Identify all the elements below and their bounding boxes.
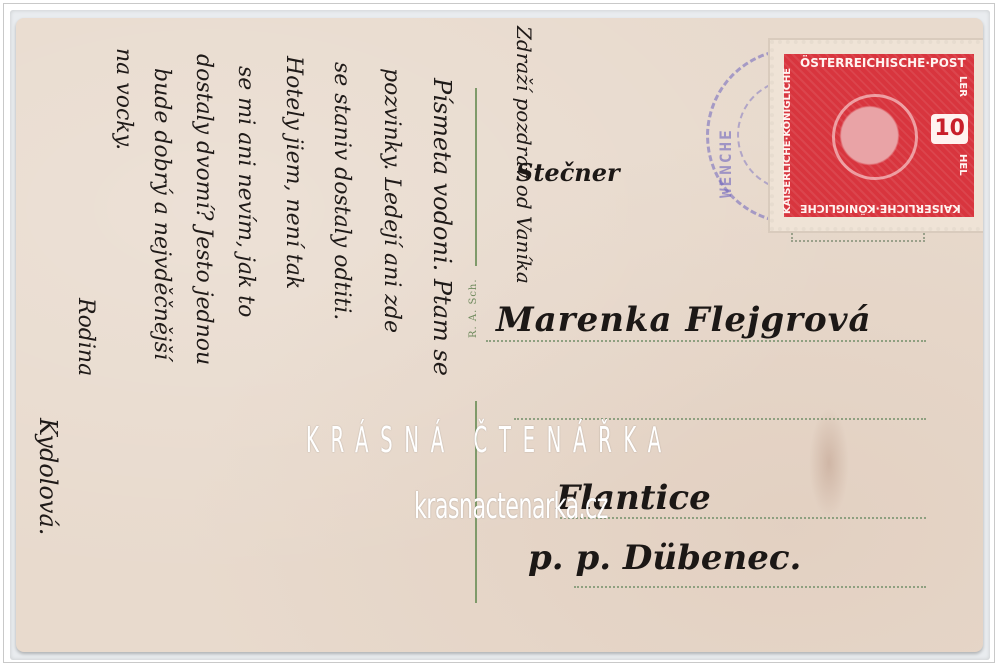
signature-closing: Rodina <box>73 298 98 376</box>
stamp-unit-top: LER <box>957 76 968 97</box>
paper-stain <box>809 408 849 518</box>
address-post-office: p. p. Dübenec. <box>528 538 801 578</box>
message-line: na vocky. <box>111 48 136 150</box>
message-line: Písmeta vodoni. Ptam se <box>428 78 456 376</box>
crown-icon <box>832 94 918 180</box>
message-line: bude dobrý a nejvděčnější <box>149 68 174 360</box>
message-line: se staniv dostaly odtiti. <box>329 62 354 320</box>
stamp-top-text: ÖSTERREICHISCHE·POST <box>800 56 974 70</box>
address-line <box>574 586 926 588</box>
stamp-bottom-text: KAISERLICHE·KÖNIGLICHE <box>800 202 961 215</box>
stamp-left-text: KAISERLICHE·KÖNIGLICHE <box>782 74 793 214</box>
message-line: Hotely jiem, není tak <box>281 56 306 289</box>
watermark-title: KRÁSNÁ ČTENÁŘKA <box>306 420 673 461</box>
message-line: dostaly dvomí? Jesto jednou <box>191 54 216 365</box>
address-line <box>486 340 926 342</box>
postcard: Zdraží pozdrav od Vaníka na vocky. bude … <box>16 18 983 652</box>
publisher-mark: R. A. Sch. <box>468 278 479 338</box>
watermark-url: krasnactenarka.cz <box>414 486 608 527</box>
postage-stamp: ÖSTERREICHISCHE·POST KAISERLICHE·KÖNIGLI… <box>770 40 983 231</box>
address-sender: Stečner <box>516 158 620 187</box>
address-recipient: Marenka Flejgrová <box>496 300 872 340</box>
postmark-text: WENCHE <box>716 78 735 198</box>
message-line: se mi ani nevím, jak to <box>233 66 258 317</box>
message-line: pozvinky. Ledejí ani zde <box>379 68 404 333</box>
divider-line <box>475 88 477 266</box>
stamp-face: ÖSTERREICHISCHE·POST KAISERLICHE·KÖNIGLI… <box>784 54 974 217</box>
signature-name: Kydolová. <box>34 418 62 535</box>
message-line: Zdraží pozdrav od Vaníka <box>512 26 536 284</box>
stamp-unit-bottom: HEL <box>957 154 968 176</box>
stamp-value: 10 <box>931 114 968 144</box>
